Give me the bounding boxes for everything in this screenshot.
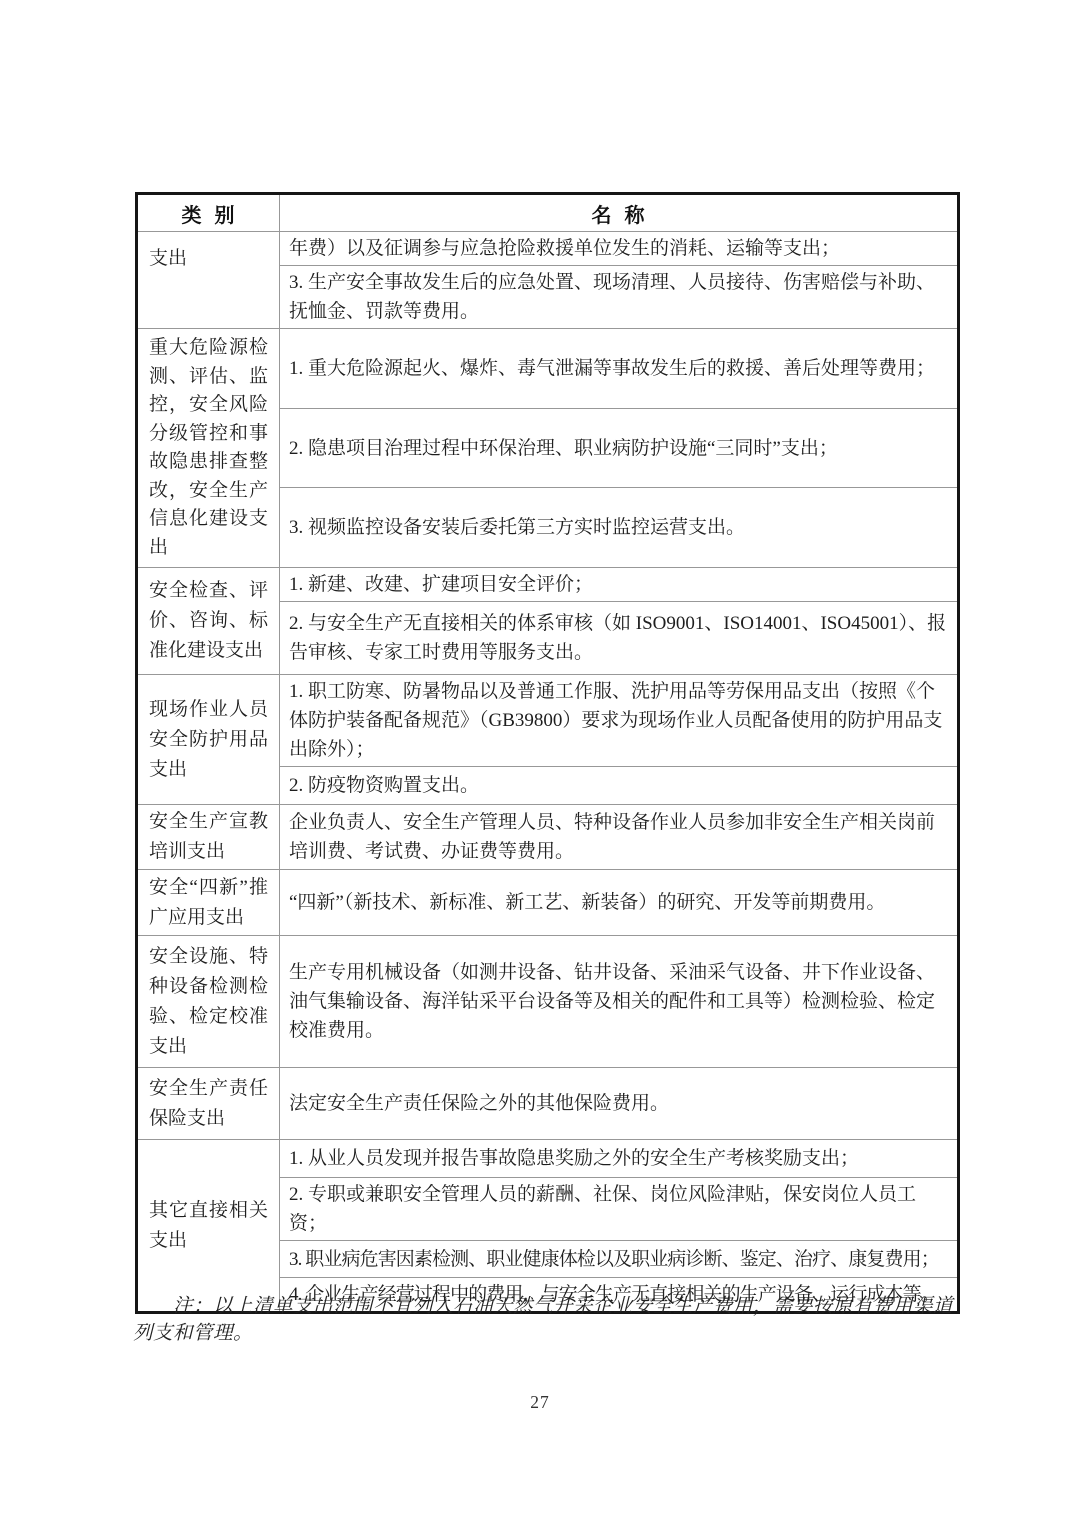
expense-item-cell: 2. 防疫物资购置支出。 <box>280 767 959 805</box>
table-row: 安全生产宣教培训支出 企业负责人、安全生产管理人员、特种设备作业人员参加非安全生… <box>137 805 959 870</box>
expense-item-cell: 年费）以及征调参与应急抢险救援单位发生的消耗、运输等支出； <box>280 232 959 266</box>
expense-item-cell: 2. 专职或兼职安全管理人员的薪酬、社保、岗位风险津贴，保安岗位人员工资； <box>280 1178 959 1241</box>
table-row: 安全检查、评价、咨询、标准化建设支出 1. 新建、改建、扩建项目安全评价； <box>137 568 959 602</box>
table-row: 安全“四新”推广应用支出 “四新”（新技术、新标准、新工艺、新装备）的研究、开发… <box>137 870 959 936</box>
category-cell: 安全设施、特种设备检测检验、检定校准支出 <box>137 936 280 1068</box>
table-row: 安全设施、特种设备检测检验、检定校准支出 生产专用机械设备（如测井设备、钻井设备… <box>137 936 959 1068</box>
table-header-row: 类 别 名 称 <box>137 194 959 232</box>
footnote: 注：以上清单支出范围不宜列入石油天然气开采企业安全生产费用，需要按原有费用渠道列… <box>133 1292 957 1346</box>
category-cell: 安全检查、评价、咨询、标准化建设支出 <box>137 568 280 675</box>
name-column-header: 名 称 <box>280 194 959 232</box>
expense-item-cell: 法定安全生产责任保险之外的其他保险费用。 <box>280 1068 959 1140</box>
category-cell: 安全“四新”推广应用支出 <box>137 870 280 936</box>
table-row: 重大危险源检测、评估、监控，安全风险分级管控和事故隐患排查整改，安全生产信息化建… <box>137 329 959 409</box>
expense-item-cell: 2. 与安全生产无直接相关的体系审核（如 ISO9001、ISO14001、IS… <box>280 602 959 675</box>
safety-expense-table: 类 别 名 称 支出 年费）以及征调参与应急抢险救援单位发生的消耗、运输等支出；… <box>135 192 960 1314</box>
expense-item-cell: 1. 重大危险源起火、爆炸、毒气泄漏等事故发生后的救援、善后处理等费用； <box>280 329 959 409</box>
expense-item-cell: 1. 职工防寒、防暑物品以及普通工作服、洗护用品等劳保用品支出（按照《个体防护装… <box>280 675 959 767</box>
table-row: 安全生产责任保险支出 法定安全生产责任保险之外的其他保险费用。 <box>137 1068 959 1140</box>
expense-item-cell: “四新”（新技术、新标准、新工艺、新装备）的研究、开发等前期费用。 <box>280 870 959 936</box>
expense-item-cell: 企业负责人、安全生产管理人员、特种设备作业人员参加非安全生产相关岗前培训费、考试… <box>280 805 959 870</box>
document-page: 类 别 名 称 支出 年费）以及征调参与应急抢险救援单位发生的消耗、运输等支出；… <box>0 0 1080 1527</box>
category-cell: 现场作业人员安全防护用品支出 <box>137 675 280 805</box>
expense-item-cell: 3. 职业病危害因素检测、职业健康体检以及职业病诊断、鉴定、治疗、康复费用； <box>280 1241 959 1278</box>
table-row: 支出 年费）以及征调参与应急抢险救援单位发生的消耗、运输等支出； <box>137 232 959 266</box>
table-row: 现场作业人员安全防护用品支出 1. 职工防寒、防暑物品以及普通工作服、洗护用品等… <box>137 675 959 767</box>
expense-item-cell: 1. 新建、改建、扩建项目安全评价； <box>280 568 959 602</box>
category-cell: 支出 <box>137 232 280 329</box>
page-number: 27 <box>0 1392 1080 1413</box>
category-cell: 其它直接相关支出 <box>137 1140 280 1313</box>
category-column-header: 类 别 <box>137 194 280 232</box>
expense-item-cell: 3. 生产安全事故发生后的应急处置、现场清理、人员接待、伤害赔偿与补助、抚恤金、… <box>280 266 959 329</box>
expense-item-cell: 生产专用机械设备（如测井设备、钻井设备、采油采气设备、井下作业设备、油气集输设备… <box>280 936 959 1068</box>
expense-item-cell: 3. 视频监控设备安装后委托第三方实时监控运营支出。 <box>280 488 959 568</box>
expense-item-cell: 1. 从业人员发现并报告事故隐患奖励之外的安全生产考核奖励支出； <box>280 1140 959 1178</box>
table-row: 其它直接相关支出 1. 从业人员发现并报告事故隐患奖励之外的安全生产考核奖励支出… <box>137 1140 959 1178</box>
category-cell: 重大危险源检测、评估、监控，安全风险分级管控和事故隐患排查整改，安全生产信息化建… <box>137 329 280 568</box>
category-cell: 安全生产宣教培训支出 <box>137 805 280 870</box>
expense-item-cell: 2. 隐患项目治理过程中环保治理、职业病防护设施“三同时”支出； <box>280 409 959 488</box>
category-cell: 安全生产责任保险支出 <box>137 1068 280 1140</box>
